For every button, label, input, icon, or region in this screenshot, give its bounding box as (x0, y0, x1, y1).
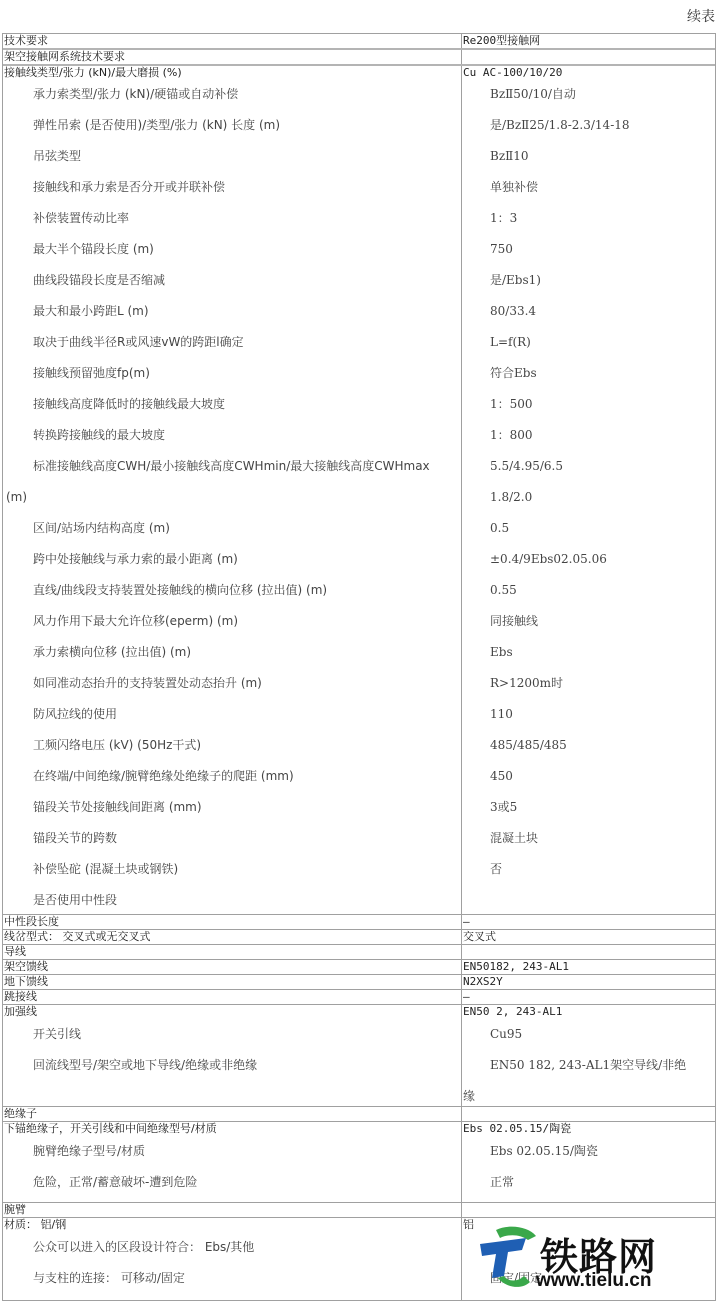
row-label: 腕臂 (3, 1203, 462, 1217)
table-caption: 续表 (687, 6, 715, 26)
row-label: 曲线段锚段长度是否缩减 (3, 265, 461, 296)
row-value: 1：3 (462, 203, 715, 234)
row-value: N2XS2Y (462, 975, 715, 989)
row-label: 开关引线 (3, 1019, 461, 1050)
row-value: 450 (462, 761, 715, 792)
row-value: 1.8/2.0 (462, 482, 715, 513)
row-label: 标准接触线高度CWH/最小接触线高度CWHmin/最大接触线高度CWHmax (3, 451, 461, 482)
row-value: 同接触线 (462, 606, 715, 637)
row-label: 跳接线 (3, 990, 462, 1004)
row-label: 在终端/中间绝缘/腕臂绝缘处绝缘子的爬距 (mm) (3, 761, 461, 792)
row-value: ±0.4/9Ebs02.05.06 (462, 544, 715, 575)
row-value: 3或5 (462, 792, 715, 823)
row-value: 单独补偿 (462, 172, 715, 203)
row-value: 混凝土块 (462, 823, 715, 854)
row-value: Ebs (462, 637, 715, 668)
row-label: 绝缘子 (3, 1107, 462, 1121)
row-label: 材质： 铝/钢 (3, 1218, 461, 1232)
row-label: 接触线高度降低时的接触线最大坡度 (3, 389, 461, 420)
table-row: 架空馈线 EN50182, 243-AL1 (3, 960, 715, 975)
row-value: Ebs 02.05.15/陶瓷 (462, 1136, 715, 1167)
row-value: 是/BzⅡ25/1.8-2.3/14-18 (462, 110, 715, 141)
table-header-row: 技术要求 Re200型接触网 (3, 34, 715, 50)
row-label: 区间/站场内结构高度 (m) (3, 513, 461, 544)
row-label: (m) (3, 482, 461, 513)
table-row: 腕臂 (3, 1203, 715, 1218)
row-value: 符合Ebs (462, 358, 715, 389)
row-value: 110 (462, 699, 715, 730)
row-value: 1：500 (462, 389, 715, 420)
row-value: 缘 (462, 1081, 715, 1112)
row-label: 架空馈线 (3, 960, 462, 974)
section-value (462, 50, 715, 64)
row-label: 危险，正常/蓄意破坏-遭到危险 (3, 1167, 461, 1198)
block1-values: BzⅡ50/10/自动 是/BzⅡ25/1.8-2.3/14-18 BzⅡ10 … (462, 79, 715, 885)
row-value: BzⅡ50/10/自动 (462, 79, 715, 110)
row-label: 锚段关节的跨数 (3, 823, 461, 854)
row-label: 加强线 (3, 1005, 461, 1019)
row-label: 导线 (3, 945, 462, 959)
header-col2: Re200型接触网 (462, 34, 715, 48)
row-value: EN50182, 243-AL1 (462, 960, 715, 974)
row-label: 承力索横向位移 (拉出值) (m) (3, 637, 461, 668)
contact-wire-label: 接触线类型/张力 (kN)/最大磨损 (%) (3, 66, 461, 80)
row-value: L=f(R) (462, 327, 715, 358)
table-row: 加强线 开关引线 回流线型号/架空或地下导线/绝缘或非绝缘 EN50 2, 24… (3, 1005, 715, 1107)
row-label: 公众可以进入的区段设计符合： Ebs/其他 (3, 1232, 461, 1263)
row-label: 补偿装置传动比率 (3, 203, 461, 234)
row-label: 与支柱的连接： 可移动/固定 (3, 1263, 461, 1294)
row-label: 直线/曲线段支持装置处接触线的横向位移 (拉出值) (m) (3, 575, 461, 606)
table-row: 跳接线 — (3, 990, 715, 1005)
row-label: 最大半个锚段长度 (m) (3, 234, 461, 265)
spec-table: 技术要求 Re200型接触网 架空接触网系统技术要求 接触线类型/张力 (kN)… (2, 33, 716, 1301)
row-label: 最大和最小跨距L (m) (3, 296, 461, 327)
row-label: 风力作用下最大允许位移(eperm) (m) (3, 606, 461, 637)
block1-labels: 承力索类型/张力 (kN)/硬锚或自动补偿 弹性吊索 (是否使用)/类型/张力 … (3, 79, 461, 916)
row-label: 腕臂绝缘子型号/材质 (3, 1136, 461, 1167)
row-value: 交叉式 (462, 930, 715, 944)
row-value: EN50 2, 243-AL1 (462, 1005, 715, 1019)
row-value: — (462, 990, 715, 1004)
row-label: 是否使用中性段 (3, 885, 461, 916)
row-label: 承力索类型/张力 (kN)/硬锚或自动补偿 (3, 79, 461, 110)
table-row: 导线 (3, 945, 715, 960)
row-label: 接触线和承力索是否分开或并联补偿 (3, 172, 461, 203)
row-label: 工频闪络电压 (kV) (50Hz干式) (3, 730, 461, 761)
row-value: Ebs 02.05.15/陶瓷 (462, 1122, 715, 1136)
row-label: 下锚绝缘子，开关引线和中间绝缘型号/材质 (3, 1122, 461, 1136)
row-value (462, 1232, 715, 1263)
section-row: 架空接触网系统技术要求 (3, 50, 715, 66)
table-row: 接触线类型/张力 (kN)/最大磨损 (%) 承力索类型/张力 (kN)/硬锚或… (3, 66, 715, 915)
row-value: EN50 182, 243-AL1架空导线/非绝 (462, 1050, 715, 1081)
row-value: 1：800 (462, 420, 715, 451)
row-label: 中性段长度 (3, 915, 462, 929)
row-label: 弹性吊索 (是否使用)/类型/张力 (kN) 长度 (m) (3, 110, 461, 141)
row-value: 正常 (462, 1167, 715, 1198)
header-col1: 技术要求 (3, 34, 462, 48)
row-value: Cu95 (462, 1019, 715, 1050)
row-value (462, 1203, 715, 1217)
row-value: 是/Ebs1) (462, 265, 715, 296)
row-label: 吊弦类型 (3, 141, 461, 172)
row-value: 0.5 (462, 513, 715, 544)
row-value: 0.55 (462, 575, 715, 606)
row-value: 5.5/4.95/6.5 (462, 451, 715, 482)
row-value: 铝 (462, 1218, 715, 1232)
table-row: 材质： 铝/钢 公众可以进入的区段设计符合： Ebs/其他 与支柱的连接： 可移… (3, 1218, 715, 1301)
row-value: R>1200m时 (462, 668, 715, 699)
row-label: 取决于曲线半径R或风速vW的跨距l确定 (3, 327, 461, 358)
row-label: 接触线预留弛度fp(m) (3, 358, 461, 389)
row-value: 485/485/485 (462, 730, 715, 761)
contact-wire-value: Cu AC-100/10/20 (462, 66, 715, 80)
row-value: 否 (462, 854, 715, 885)
row-label: 回流线型号/架空或地下导线/绝缘或非绝缘 (3, 1050, 461, 1081)
row-value: 80/33.4 (462, 296, 715, 327)
section-title: 架空接触网系统技术要求 (3, 50, 462, 64)
row-label: 补偿坠砣 (混凝土块或钢铁) (3, 854, 461, 885)
table-row: 中性段长度 — (3, 915, 715, 930)
row-label: 跨中处接触线与承力索的最小距离 (m) (3, 544, 461, 575)
table-row: 地下馈线 N2XS2Y (3, 975, 715, 990)
row-label: 锚段关节处接触线间距离 (mm) (3, 792, 461, 823)
table-row: 线岔型式： 交叉式或无交叉式 交叉式 (3, 930, 715, 945)
row-label: 如同准动态抬升的支持装置处动态抬升 (m) (3, 668, 461, 699)
row-value: — (462, 915, 715, 929)
row-value: 固定/固定 (462, 1263, 715, 1294)
row-label: 转换跨接触线的最大坡度 (3, 420, 461, 451)
row-label: 防风拉线的使用 (3, 699, 461, 730)
table-row: 下锚绝缘子，开关引线和中间绝缘型号/材质 腕臂绝缘子型号/材质 危险，正常/蓄意… (3, 1122, 715, 1203)
row-value: BzⅡ10 (462, 141, 715, 172)
row-label: 地下馈线 (3, 975, 462, 989)
row-label: 线岔型式： 交叉式或无交叉式 (3, 930, 462, 944)
row-value (462, 945, 715, 959)
row-value: 750 (462, 234, 715, 265)
